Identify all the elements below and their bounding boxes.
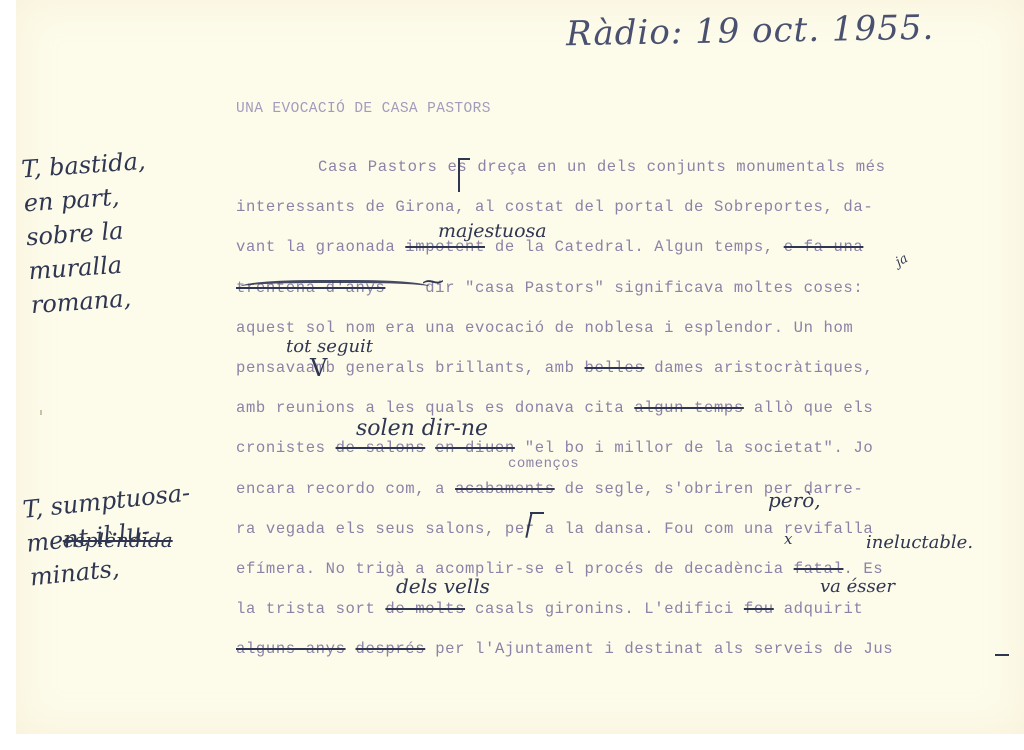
margin-note-struck-word: esplèndida [50, 510, 173, 550]
typed-line: vant la graonada impotent de la Catedral… [236, 240, 863, 256]
struck-text: de molts [385, 600, 465, 618]
typed-text [346, 640, 356, 658]
struck-text: de salons [336, 439, 426, 457]
paper-speck [40, 410, 42, 415]
struck-word-espléndida: esplèndida [63, 528, 173, 552]
typed-text: cronistes [236, 439, 336, 457]
struck-text: en diuen [435, 439, 515, 457]
handwritten-insertion-pero: però, [768, 490, 821, 510]
typed-line: la trista sort de molts casals gironins.… [236, 602, 863, 618]
handwritten-insertion-ineluctable: ineluctable. [866, 534, 973, 552]
insertion-caret-top [458, 158, 470, 160]
typed-text: dames aristocràtiques, [644, 359, 873, 377]
typed-text: dir "casa Pastors" significava moltes co… [385, 279, 863, 297]
struck-text: alguns anys [236, 640, 346, 658]
typed-text: per l'Ajuntament i destinat als serveis … [425, 640, 893, 658]
typed-line: amb reunions a les quals es donava cita … [236, 401, 873, 417]
handwritten-insertion-va-esser: va ésser [820, 578, 895, 596]
struck-text: e fa una [784, 238, 864, 256]
struck-text: acabaments [455, 480, 555, 498]
typed-line: ra vegada els seus salons, per a la dans… [236, 522, 873, 538]
typed-text: encara recordo com, a [236, 480, 455, 498]
typed-line: cronistes de salons en diuen "el bo i mi… [236, 441, 873, 457]
typed-text: casals gironins. L'edifici [465, 600, 744, 618]
handwritten-date-note: Ràdio: 19 oct. 1955. [566, 11, 935, 51]
typed-text: pensava [236, 359, 306, 377]
typed-line: pensavaamb generals brillants, amb belle… [236, 361, 873, 377]
typed-text: Casa Pastors [318, 158, 438, 176]
scribble-squiggle: ⁓ [422, 272, 444, 294]
typed-line: alguns anys després per l'Ajuntament i d… [236, 642, 893, 658]
handwritten-insertion-tot-seguit: tot seguit [286, 338, 373, 356]
insertion-caret-mark [458, 158, 460, 192]
typed-line: Casa Pastors es dreça en un dels conjunt… [318, 160, 886, 176]
typed-text: amb reunions a les quals es donava cita [236, 399, 634, 417]
margin-note-top: T, bastida,en part,sobre lamurallaromana… [20, 144, 156, 322]
scribble-deletion-mark [240, 280, 430, 297]
insertion-caret-top-2 [530, 512, 544, 514]
typed-text: amb generals brillants, amb [306, 359, 585, 377]
document-title: UNA EVOCACIÓ DE CASA PASTORS [236, 102, 491, 117]
typed-line: aquest sol nom era una evocació de noble… [236, 321, 853, 337]
typed-text: ra vegada els seus salons, [236, 520, 505, 538]
typed-insertion-comencos: començos [508, 456, 579, 472]
struck-text: algun temps [634, 399, 744, 417]
typed-text: efímera. No trigà a acomplir-se el procé… [236, 560, 794, 578]
struck-text: belles [585, 359, 645, 377]
underline-jus [995, 654, 1009, 656]
insertion-check-mark: V [310, 356, 327, 380]
typed-text: la trista sort [236, 600, 385, 618]
typed-text: adquirit [774, 600, 864, 618]
typed-text: interessants de Girona, al costat del po… [236, 198, 873, 216]
handwritten-insertion-majestuosa: majestuosa [438, 222, 547, 241]
handwritten-insertion-dels-vells: dels vells [396, 576, 490, 596]
handwritten-insertion-x-mark: x [784, 532, 792, 547]
typed-line: interessants de Girona, al costat del po… [236, 200, 873, 216]
handwritten-insertion-solen-dir-ne: solen dir-ne [356, 418, 488, 440]
struck-text: fou [744, 600, 774, 618]
struck-text: després [356, 640, 426, 658]
typed-text: aquest sol nom era una evocació de noble… [236, 319, 853, 337]
typed-line: efímera. No trigà a acomplir-se el procé… [236, 562, 883, 578]
typed-text: allò que els [744, 399, 873, 417]
typed-text: "el bo i millor de la societat". Jo [515, 439, 873, 457]
typed-text: vant la graonada [236, 238, 405, 256]
typed-text: es dreça en un dels conjunts monumentals… [438, 158, 886, 176]
typed-text: per a la dansa. Fou com una revifalla [505, 520, 873, 538]
typed-text [425, 439, 435, 457]
